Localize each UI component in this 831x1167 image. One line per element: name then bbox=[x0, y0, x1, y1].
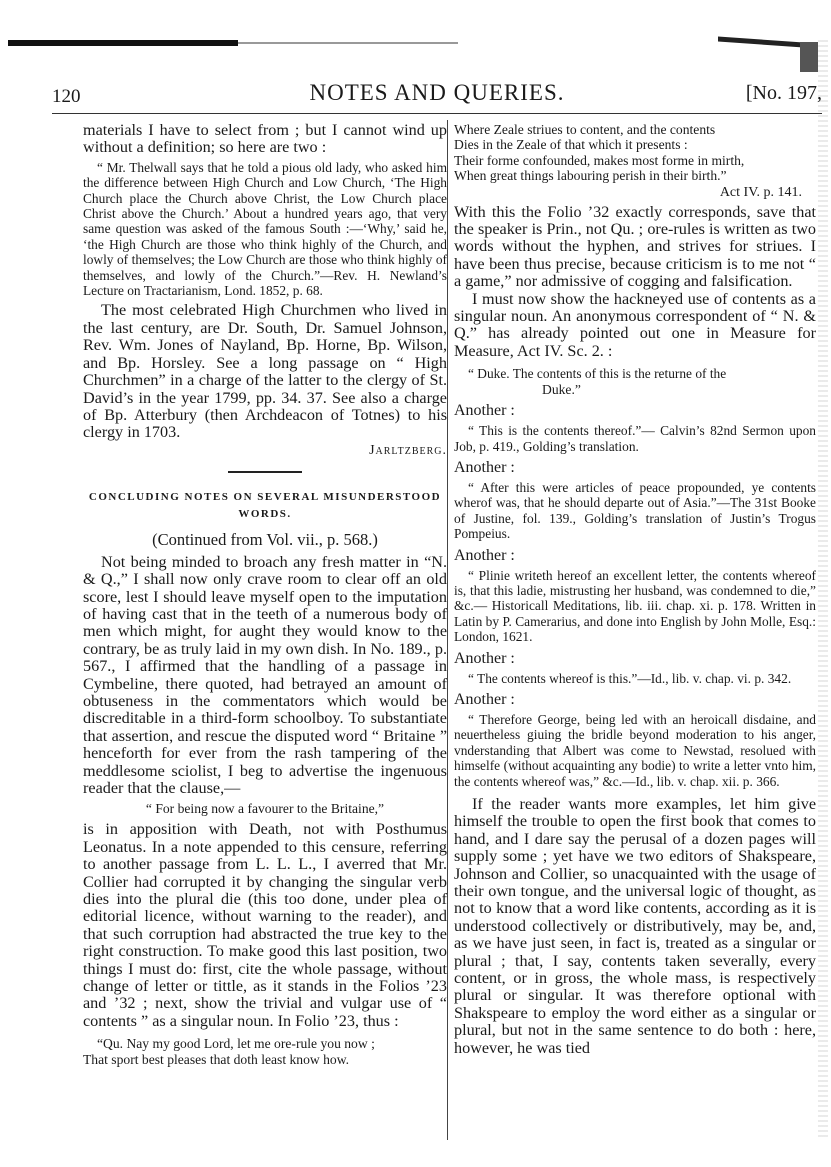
paragraph: is in apposition with Death, not with Po… bbox=[83, 821, 447, 1030]
page-edge-texture bbox=[818, 40, 828, 1140]
left-column: materials I have to select from ; but I … bbox=[83, 122, 447, 1067]
issue-number: [No. 197, bbox=[746, 82, 822, 105]
section-separator bbox=[228, 471, 302, 473]
continued-note: (Continued from Vol. vii., p. 568.) bbox=[83, 530, 447, 550]
verse-line: That sport best pleases that doth least … bbox=[83, 1052, 447, 1067]
scan-edge-line bbox=[238, 42, 458, 44]
verse-line: “Qu. Nay my good Lord, let me ore-rule y… bbox=[83, 1036, 447, 1051]
paragraph: If the reader wants more examples, let h… bbox=[454, 796, 816, 1057]
opening-text: materials I have to select from ; but I … bbox=[83, 122, 447, 157]
journal-title: NOTES AND QUERIES. bbox=[52, 80, 822, 106]
paragraph: I must now show the hackneyed use of con… bbox=[454, 291, 816, 361]
another-label: Another : bbox=[454, 690, 816, 709]
right-column: Where Zeale striues to content, and the … bbox=[454, 122, 816, 1057]
page-header: 120 NOTES AND QUERIES. [No. 197, bbox=[52, 78, 822, 112]
paragraph: Not being minded to broach any fresh mat… bbox=[83, 554, 447, 798]
another-label: Another : bbox=[454, 401, 816, 420]
another-label: Another : bbox=[454, 458, 816, 477]
paragraph: The most celebrated High Churchmen who l… bbox=[83, 302, 447, 441]
page-corner-shadow bbox=[800, 42, 818, 72]
example-quote: “ After this were articles of peace prop… bbox=[454, 480, 816, 542]
verse-line: Dies in the Zeale of that which it prese… bbox=[454, 137, 816, 152]
centered-quote: “ For being now a favourer to the Britai… bbox=[83, 800, 447, 818]
duke-quote-cont: Duke.” bbox=[454, 382, 816, 397]
paragraph: With this the Folio ’32 exactly correspo… bbox=[454, 204, 816, 291]
verse-line: When great things labouring perish in th… bbox=[454, 168, 816, 183]
signature: Jarltzberg. bbox=[83, 442, 447, 459]
example-quote: “ This is the contents thereof.”— Calvin… bbox=[454, 423, 816, 454]
scan-edge-bar bbox=[8, 40, 238, 46]
another-label: Another : bbox=[454, 546, 816, 565]
newland-quote: “ Mr. Thelwall says that he told a pious… bbox=[83, 160, 447, 299]
act-reference: Act IV. p. 141. bbox=[454, 184, 816, 201]
example-quote: “ The contents whereof is this.”—Id., li… bbox=[454, 671, 816, 686]
duke-quote: “ Duke. The contents of this is the retu… bbox=[454, 366, 816, 381]
column-divider bbox=[447, 120, 448, 1140]
example-quote: “ Therefore George, being led with an he… bbox=[454, 712, 816, 789]
another-label: Another : bbox=[454, 649, 816, 668]
example-quote: “ Plinie writeth hereof an excellent let… bbox=[454, 568, 816, 645]
verse-line: Where Zeale striues to content, and the … bbox=[454, 122, 816, 137]
section-heading: Concluding Notes on Several Misunderstoo… bbox=[83, 489, 447, 523]
verse-line: Their forme confounded, makes most forme… bbox=[454, 153, 816, 168]
header-rule bbox=[52, 113, 822, 114]
